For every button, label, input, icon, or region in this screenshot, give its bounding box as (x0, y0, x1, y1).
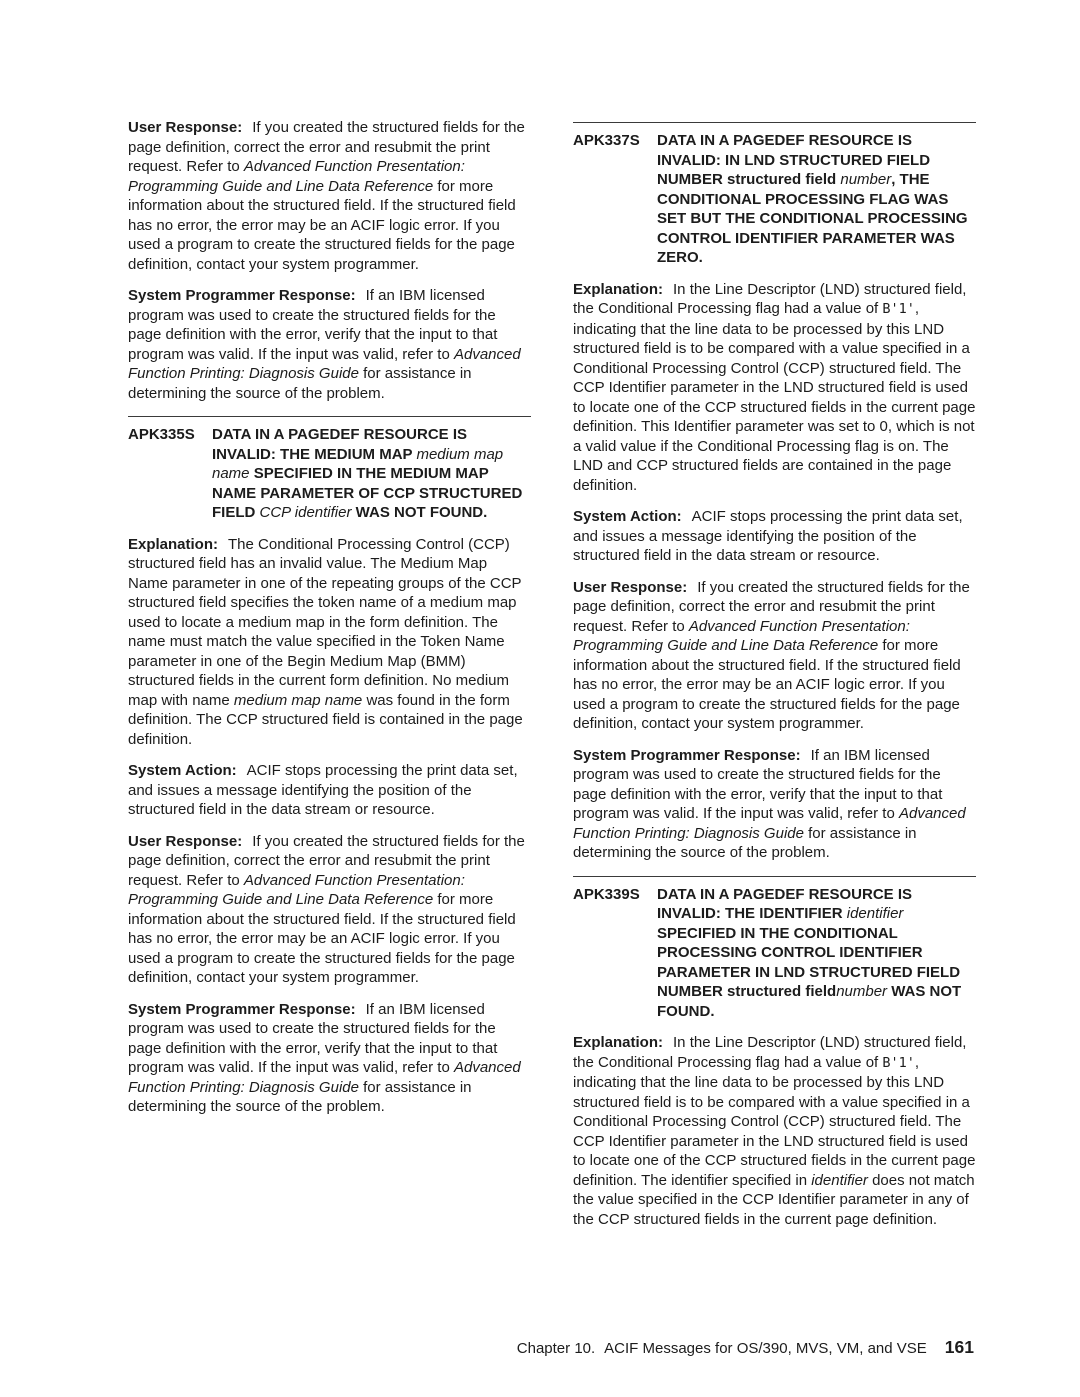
footer-title: ACIF Messages for OS/390, MVS, VM, and V… (604, 1340, 927, 1357)
message-heading: APK337SDATA IN A PAGEDEF RESOURCE IS INV… (573, 131, 976, 268)
text-run: B'1' (882, 301, 915, 317)
paragraph-label: User Response: (128, 833, 242, 850)
message-heading: APK339SDATA IN A PAGEDEF RESOURCE IS INV… (573, 885, 976, 1022)
message-id: APK337S (573, 131, 657, 268)
paragraph-label: System Action: (573, 508, 682, 525)
message-text: DATA IN A PAGEDEF RESOURCE IS INVALID: T… (657, 885, 976, 1022)
message-section: APK335SDATA IN A PAGEDEF RESOURCE IS INV… (128, 416, 531, 523)
paragraph-label: User Response: (573, 579, 687, 596)
page-number: 161 (945, 1337, 974, 1357)
page-body: User Response:If you created the structu… (128, 118, 974, 1241)
message-id: APK335S (128, 425, 212, 523)
paragraph: System Programmer Response:If an IBM lic… (573, 746, 976, 863)
page-footer: Chapter 10.ACIF Messages for OS/390, MVS… (517, 1338, 974, 1359)
message-id: APK339S (573, 885, 657, 1022)
right-column: APK337SDATA IN A PAGEDEF RESOURCE IS INV… (573, 118, 976, 1241)
paragraph-label: Explanation: (128, 536, 218, 553)
text-run: CCP identifier (260, 504, 352, 521)
text-run: identifier (847, 905, 904, 922)
paragraph-label: User Response: (128, 119, 242, 136)
paragraph-label: System Action: (128, 762, 237, 779)
paragraph-label: Explanation: (573, 1034, 663, 1051)
text-run: number (840, 171, 891, 188)
paragraph-label: Explanation: (573, 281, 663, 298)
paragraph: Explanation:In the Line Descriptor (LND)… (573, 1033, 976, 1229)
paragraph: User Response:If you created the structu… (573, 578, 976, 734)
paragraph-label: System Programmer Response: (128, 1001, 356, 1018)
paragraph: User Response:If you created the structu… (128, 118, 531, 274)
left-column: User Response:If you created the structu… (128, 118, 531, 1241)
section-divider-rule (128, 416, 531, 417)
paragraph: System Action:ACIF stops processing the … (573, 507, 976, 566)
message-text: DATA IN A PAGEDEF RESOURCE IS INVALID: I… (657, 131, 976, 268)
paragraph-label: System Programmer Response: (128, 287, 356, 304)
footer-chapter-label: Chapter 10. (517, 1340, 595, 1357)
text-run: identifier (811, 1172, 868, 1189)
text-run: B'1' (882, 1055, 915, 1071)
message-text: DATA IN A PAGEDEF RESOURCE IS INVALID: T… (212, 425, 531, 523)
text-run: number (836, 983, 887, 1000)
text-run: , indicating that the line data to be pr… (573, 1054, 975, 1189)
paragraph: Explanation:In the Line Descriptor (LND)… (573, 280, 976, 496)
text-run: WAS NOT FOUND. (351, 504, 487, 521)
paragraph: User Response:If you created the structu… (128, 832, 531, 988)
section-divider-rule (573, 876, 976, 877)
section-divider-rule (573, 122, 976, 123)
message-section: APK339SDATA IN A PAGEDEF RESOURCE IS INV… (573, 876, 976, 1022)
text-run: , indicating that the line data to be pr… (573, 300, 975, 494)
message-section: APK337SDATA IN A PAGEDEF RESOURCE IS INV… (573, 122, 976, 268)
text-run: medium map name (234, 692, 362, 709)
message-heading: APK335SDATA IN A PAGEDEF RESOURCE IS INV… (128, 425, 531, 523)
text-run: The Conditional Processing Control (CCP)… (128, 536, 521, 709)
paragraph: System Programmer Response:If an IBM lic… (128, 1000, 531, 1117)
paragraph: System Action:ACIF stops processing the … (128, 761, 531, 820)
paragraph-label: System Programmer Response: (573, 747, 801, 764)
paragraph: System Programmer Response:If an IBM lic… (128, 286, 531, 403)
paragraph: Explanation:The Conditional Processing C… (128, 535, 531, 750)
